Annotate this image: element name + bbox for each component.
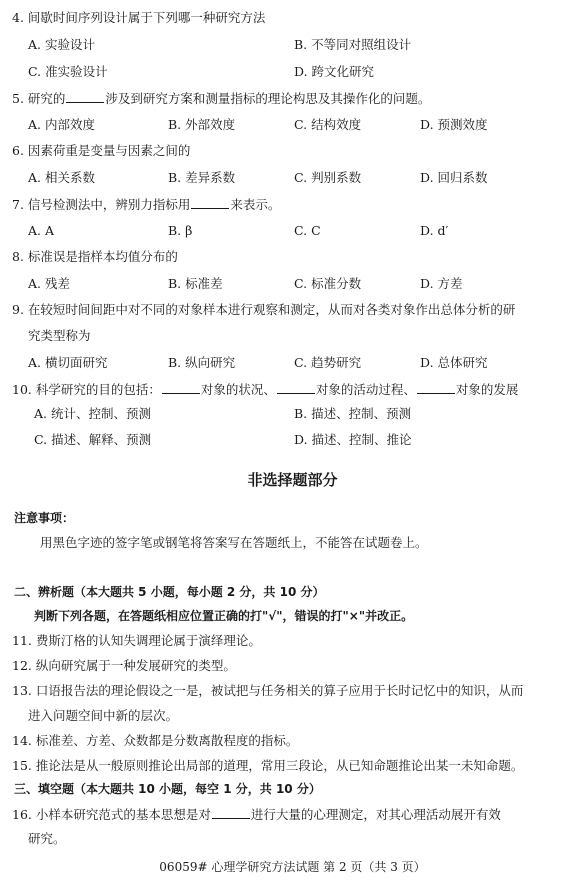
question-9-stem-line1: 9. 在较短时间间距中对不同的对象样本进行观察和测定，从而对各类对象作出总体分析… bbox=[12, 302, 515, 318]
q5-option-b: B. 外部效度 bbox=[168, 117, 235, 133]
question-15: 15. 推论法是从一般原则推论出局部的道理，常用三段论，从已知命题推论出某一未知… bbox=[12, 758, 523, 774]
q6-option-a: A. 相关系数 bbox=[28, 170, 95, 186]
q7-option-a: A. A bbox=[28, 223, 54, 239]
q5-blank bbox=[66, 90, 104, 103]
q7-option-c: C. C bbox=[294, 223, 321, 239]
q4-option-a: A. 实验设计 bbox=[28, 37, 95, 53]
q5-stem-before: 5. 研究的 bbox=[12, 91, 65, 106]
q9-option-c: C. 趋势研究 bbox=[294, 355, 361, 371]
q4-option-c: C. 准实验设计 bbox=[28, 64, 108, 80]
question-11: 11. 费斯汀格的认知失调理论属于演绎理论。 bbox=[12, 633, 261, 649]
question-4-stem: 4. 间歇时间序列设计属于下列哪一种研究方法 bbox=[12, 10, 265, 26]
q5-stem-after: 涉及到研究方案和测量指标的理论构思及其操作化的问题。 bbox=[105, 91, 430, 106]
question-8-stem: 8. 标准误是指样本均值分布的 bbox=[12, 249, 178, 265]
question-10-stem: 10. 科学研究的目的包括：对象的状况、对象的活动过程、对象的发展 bbox=[12, 381, 518, 398]
q8-option-d: D. 方差 bbox=[420, 276, 463, 292]
q5-option-a: A. 内部效度 bbox=[28, 117, 95, 133]
question-13-line2: 进入问题空间中新的层次。 bbox=[28, 708, 178, 724]
question-6-stem: 6. 因素荷重是变量与因素之间的 bbox=[12, 143, 190, 159]
question-9-stem-line2: 究类型称为 bbox=[28, 328, 91, 344]
question-7-stem: 7. 信号检测法中，辨别力指标用来表示。 bbox=[12, 196, 280, 213]
q10-stem-part2: 对象的状况、 bbox=[201, 382, 276, 397]
question-5-stem: 5. 研究的涉及到研究方案和测量指标的理论构思及其操作化的问题。 bbox=[12, 90, 430, 107]
q6-option-c: C. 判别系数 bbox=[294, 170, 361, 186]
question-13-line1: 13. 口语报告法的理论假设之一是，被试把与任务相关的算子应用于长时记忆中的知识… bbox=[12, 683, 523, 699]
q7-option-d: D. d′ bbox=[420, 223, 448, 239]
q10-stem-part4: 对象的发展 bbox=[456, 382, 519, 397]
q9-option-b: B. 纵向研究 bbox=[168, 355, 235, 371]
q5-option-c: C. 结构效度 bbox=[294, 117, 361, 133]
q8-option-b: B. 标准差 bbox=[168, 276, 223, 292]
q8-option-a: A. 残差 bbox=[28, 276, 70, 292]
q10-blank-2 bbox=[277, 381, 315, 394]
q10-blank-3 bbox=[417, 381, 455, 394]
question-16-line1: 16. 小样本研究范式的基本思想是对进行大量的心理测定，对其心理活动展开有效 bbox=[12, 806, 501, 823]
notice-text: 用黑色字迹的签字笔或钢笔将答案写在答题纸上，不能答在试题卷上。 bbox=[40, 535, 428, 551]
q4-option-d: D. 跨文化研究 bbox=[294, 64, 374, 80]
q7-stem-after: 来表示。 bbox=[230, 197, 280, 212]
q9-option-d: D. 总体研究 bbox=[420, 355, 488, 371]
q9-option-a: A. 横切面研究 bbox=[28, 355, 107, 371]
question-16-line2: 研究。 bbox=[28, 831, 66, 847]
part2-heading: 二、辨析题（本大题共 5 小题，每小题 2 分，共 10 分） bbox=[14, 584, 324, 600]
q8-option-c: C. 标准分数 bbox=[294, 276, 361, 292]
q10-stem-part1: 10. 科学研究的目的包括： bbox=[12, 382, 161, 397]
q10-option-d: D. 描述、控制、推论 bbox=[294, 432, 412, 448]
q10-stem-part3: 对象的活动过程、 bbox=[316, 382, 416, 397]
part3-heading: 三、填空题（本大题共 10 小题，每空 1 分，共 10 分） bbox=[14, 781, 321, 797]
q7-stem-before: 7. 信号检测法中，辨别力指标用 bbox=[12, 197, 190, 212]
q10-option-c: C. 描述、解释、预测 bbox=[34, 432, 151, 448]
q6-option-d: D. 回归系数 bbox=[420, 170, 488, 186]
q16-after: 进行大量的心理测定，对其心理活动展开有效 bbox=[251, 807, 501, 822]
q7-blank bbox=[191, 196, 229, 209]
q4-option-b: B. 不等同对照组设计 bbox=[294, 37, 411, 53]
notice-label: 注意事项： bbox=[14, 510, 74, 526]
question-14: 14. 标准差、方差、众数都是分数离散程度的指标。 bbox=[12, 733, 298, 749]
page-footer: 06059# 心理学研究方法试题 第 2 页（共 3 页） bbox=[0, 859, 585, 875]
q10-option-b: B. 描述、控制、预测 bbox=[294, 406, 411, 422]
question-12: 12. 纵向研究属于一种发展研究的类型。 bbox=[12, 658, 236, 674]
section-title: 非选择题部分 bbox=[0, 470, 585, 490]
q6-option-b: B. 差异系数 bbox=[168, 170, 235, 186]
part2-instruction: 判断下列各题，在答题纸相应位置正确的打"√"，错误的打"×"并改正。 bbox=[34, 608, 413, 624]
q16-blank bbox=[212, 806, 250, 819]
q10-blank-1 bbox=[162, 381, 200, 394]
q10-option-a: A. 统计、控制、预测 bbox=[34, 406, 151, 422]
q7-option-b: B. β bbox=[168, 223, 192, 239]
q16-before: 16. 小样本研究范式的基本思想是对 bbox=[12, 807, 211, 822]
q5-option-d: D. 预测效度 bbox=[420, 117, 488, 133]
